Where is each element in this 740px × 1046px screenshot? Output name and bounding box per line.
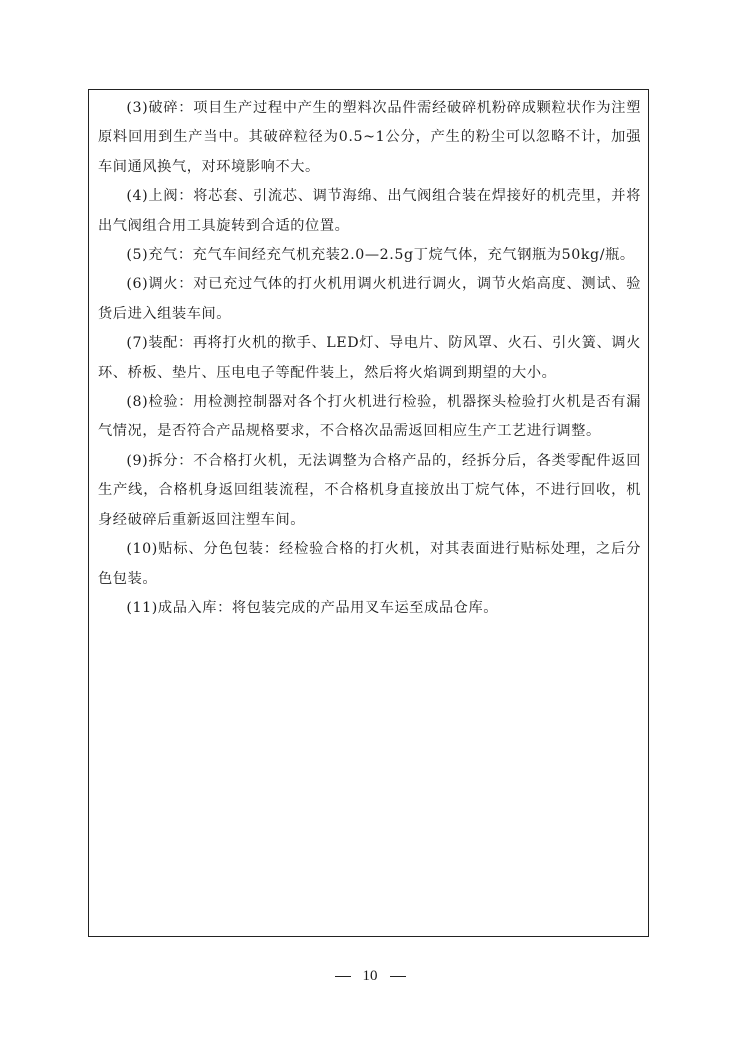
paragraph-valve-install: (4)上阀：将芯套、引流芯、调节海绵、出气阀组合装在焊接好的机壳里，并将出气阀组… [98,182,641,241]
paragraph-labeling-packing: (10)贴标、分色包装：经检验合格的打火机，对其表面进行贴标处理，之后分色包装。 [98,535,641,594]
page-number: 10 [363,968,378,984]
paragraph-inspection: (8)检验：用检测控制器对各个打火机进行检验，机器探头检验打火机是否有漏气情况，… [98,388,641,447]
paragraph-warehousing: (11)成品入库：将包装完成的产品用叉车运至成品仓库。 [98,594,641,623]
paragraph-assembly: (7)装配：再将打火机的揿手、LED灯、导电片、防风罩、火石、引火簧、调火环、桥… [98,329,641,388]
paragraph-gas-filling: (5)充气：充气车间经充气机充装2.0—2.5g丁烷气体，充气钢瓶为50kg/瓶… [98,241,641,270]
paragraph-disassembly: (9)拆分：不合格打火机，无法调整为合格产品的，经拆分后，各类零配件返回生产线，… [98,447,641,535]
page-footer: 10 [0,968,740,985]
paragraph-flame-adjust: (6)调火：对已充过气体的打火机用调火机进行调火，调节火焰高度、测试、验货后进入… [98,270,641,329]
left-dash-divider [335,976,351,977]
process-description: (3)破碎：项目生产过程中产生的塑料次品件需经破碎机粉碎成颗粒状作为注塑原料回用… [98,94,641,623]
right-dash-divider [390,976,406,977]
content-frame: (3)破碎：项目生产过程中产生的塑料次品件需经破碎机粉碎成颗粒状作为注塑原料回用… [88,89,649,937]
paragraph-crushing: (3)破碎：项目生产过程中产生的塑料次品件需经破碎机粉碎成颗粒状作为注塑原料回用… [98,94,641,182]
